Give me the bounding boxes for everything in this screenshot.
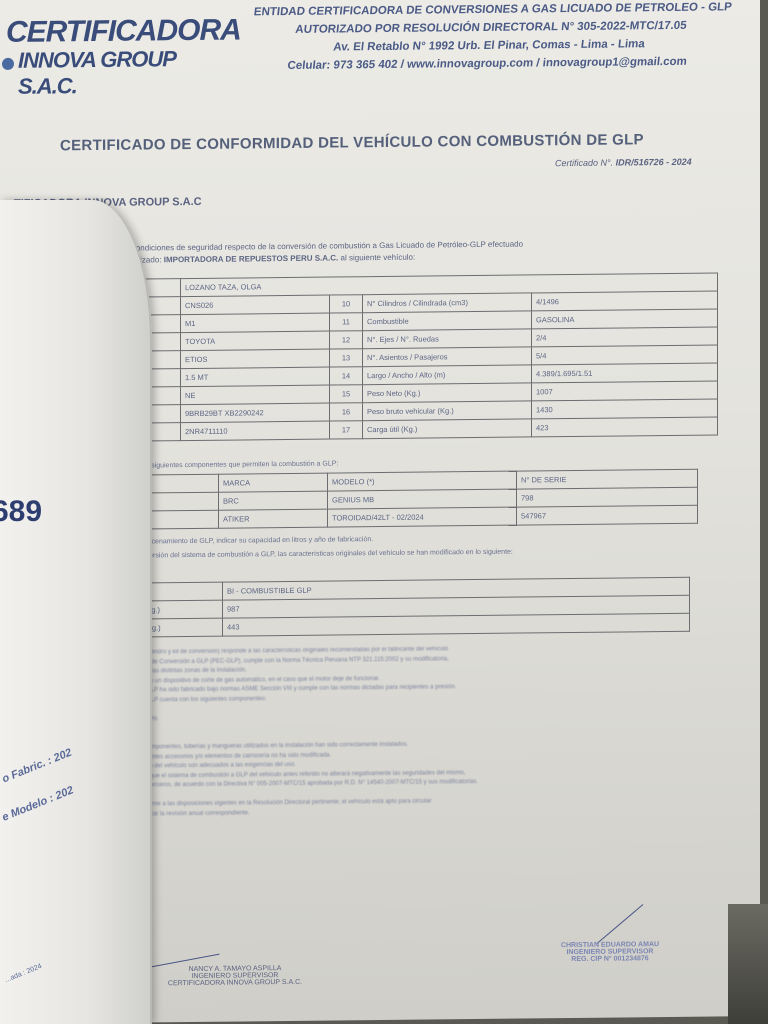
document-title: CERTIFICADO DE CONFORMIDAD DEL VEHÍCULO … xyxy=(60,131,680,154)
row-value: CNS026 xyxy=(181,295,330,315)
row-value: 1.5 MT xyxy=(181,367,330,387)
row-value: 9BRB29BT XB2290242 xyxy=(181,403,330,423)
cert-label: Certificado N°. xyxy=(555,158,613,169)
intro-suffix: al siguiente vehículo: xyxy=(341,253,416,263)
row-value-2: 1007 xyxy=(532,381,718,401)
row-value-2: 1430 xyxy=(532,399,718,419)
row-value-2: GASOLINA xyxy=(532,309,718,329)
modified-table: 11COMBUSTIBLEBI - COMBUSTIBLE GLP15PESO … xyxy=(70,577,690,638)
row-number-2: 17 xyxy=(330,421,363,439)
component-model: TOROIDAD/42LT - 02/2024 xyxy=(328,507,517,527)
row-value: ETIOS xyxy=(181,349,330,369)
component-serial: 547967 xyxy=(517,505,698,525)
row-value-2: 2/4 xyxy=(532,327,718,347)
header-cell: MODELO (*) xyxy=(328,471,517,491)
side-fabric: o Fabric. : 202 xyxy=(0,747,73,786)
row-label-2: N°. Asientos / Pasajeros xyxy=(363,347,532,367)
signature-left: NANCY A. TAMAYO ASPILLA INGENIERO SUPERV… xyxy=(150,965,320,988)
model-value: 202 xyxy=(54,784,76,802)
header-cell: N° DE SERIE xyxy=(517,469,698,489)
logo-line2: INNOVA GROUP S.A.C. xyxy=(18,46,181,100)
row-value: 443 xyxy=(223,613,690,636)
fabric-value: 202 xyxy=(52,747,74,765)
row-number-2: 15 xyxy=(330,385,363,403)
components-table: COMPONENTE MARCA MODELO (*) N° DE SERIE … xyxy=(58,469,698,531)
row-number-2: 14 xyxy=(330,367,363,385)
side-sheet-number: 689 xyxy=(0,495,42,529)
workshop-name: IMPORTADORA DE REPUESTOS PERU S.A.C. xyxy=(164,253,339,264)
row-label-2: Peso bruto vehicular (Kg.) xyxy=(363,401,532,421)
row-label-2: Peso Neto (Kg.) xyxy=(363,383,532,403)
curled-side-sheet: 689 o Fabric. : 202 e Modelo : 202 ...ad… xyxy=(0,200,152,1024)
row-number-2: 16 xyxy=(330,403,363,421)
row-number-2: 11 xyxy=(330,313,363,331)
row-value-2: 423 xyxy=(532,417,718,437)
row-number-2: 12 xyxy=(330,331,363,349)
company-logo: CERTIFICADORA INNOVA GROUP S.A.C. xyxy=(6,16,181,100)
row-label-2: Carga útil (Kg.) xyxy=(363,419,532,439)
entity-header: ENTIDAD CERTIFICADORA DE CONVERSIONES A … xyxy=(246,0,734,75)
row-value-2: 5/4 xyxy=(532,345,718,365)
signature-right-scribble xyxy=(597,904,644,944)
row-value: NE xyxy=(181,385,330,405)
row-value: TOYOTA xyxy=(181,331,330,351)
fabric-label: o Fabric. : xyxy=(0,755,53,786)
cert-value: IDR/516726 - 2024 xyxy=(616,157,692,168)
left-signer-company: CERTIFICADORA INNOVA GROUP S.A.C. xyxy=(150,979,320,988)
component-brand: ATIKER xyxy=(219,509,328,528)
background-surface xyxy=(728,904,768,1024)
row-value-2: 4/1496 xyxy=(532,291,718,311)
row-number-2: 10 xyxy=(330,295,363,313)
row-label-2: N° Cilindros / Cilindrada (cm3) xyxy=(363,293,532,313)
entity-line4: Celular: 973 365 402 / www.innovagroup.c… xyxy=(246,52,728,75)
logo-line1: CERTIFICADORA xyxy=(6,16,181,48)
side-bottom-text: ...ada : 2024 xyxy=(4,963,43,984)
header-cell: MARCA xyxy=(219,473,328,492)
certificate-number: Certificado N°. IDR/516726 - 2024 xyxy=(555,157,692,168)
logo-dot-icon xyxy=(2,58,14,70)
signature-right-stamp: CHRISTIAN EDUARDO AMAU INGENIERO SUPERVI… xyxy=(530,941,690,964)
side-model: e Modelo : 202 xyxy=(1,784,76,824)
component-serial: 798 xyxy=(517,487,698,507)
model-label: e Modelo : xyxy=(1,792,56,824)
row-label-2: Largo / Ancho / Alto (m) xyxy=(363,365,532,385)
right-signer-reg: REG. CIP N° 001234876 xyxy=(530,955,690,964)
row-value: 2NR4711110 xyxy=(181,421,330,441)
row-label-2: N°. Ejes / N°. Ruedas xyxy=(363,329,532,349)
component-brand: BRC xyxy=(219,491,328,510)
row-value-2: 4.389/1.695/1.51 xyxy=(532,363,718,383)
row-number-2: 13 xyxy=(330,349,363,367)
row-value: M1 xyxy=(181,313,330,333)
component-model: GENIUS MB xyxy=(328,489,517,509)
row-label-2: Combustible xyxy=(363,311,532,331)
